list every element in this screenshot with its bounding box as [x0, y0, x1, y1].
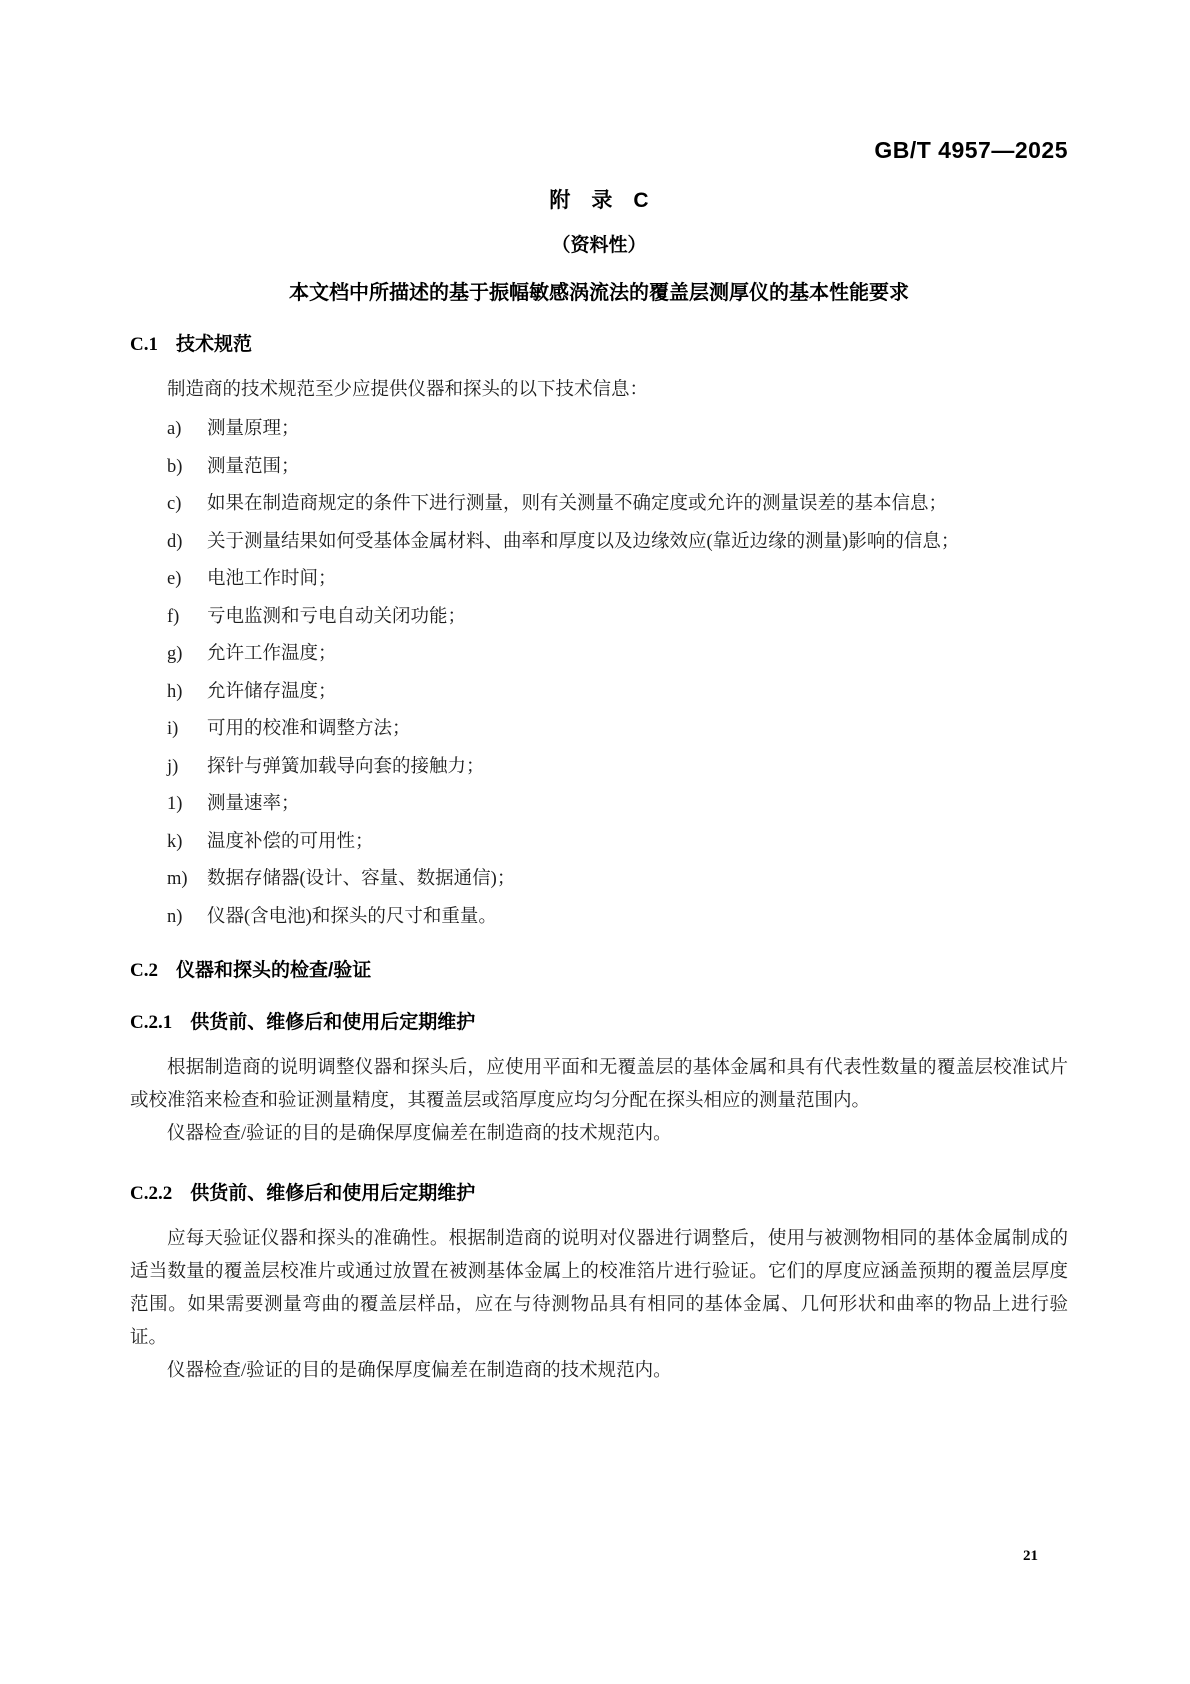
c1-spec-list: a)测量原理； b)测量范围； c)如果在制造商规定的条件下进行测量，则有关测量…	[130, 411, 1068, 936]
appendix-title: 本文档中所描述的基于振幅敏感涡流法的覆盖层测厚仪的基本性能要求	[130, 280, 1068, 306]
list-item-e: e)电池工作时间；	[167, 561, 1068, 599]
list-item-label: n)	[167, 899, 207, 937]
list-item-label: a)	[167, 411, 207, 449]
section-c1-number: C.1	[130, 332, 158, 358]
section-c1-heading: C.1 技术规范	[130, 332, 1068, 358]
list-item-text: 温度补偿的可用性；	[207, 824, 1068, 862]
list-item-text: 允许工作温度；	[207, 636, 1068, 674]
list-item-text: 数据存储器(设计、容量、数据通信)；	[207, 861, 1068, 899]
list-item-n: n)仪器(含电池)和探头的尺寸和重量。	[167, 899, 1068, 937]
section-c22-title: 供货前、维修后和使用后定期维护	[190, 1181, 475, 1207]
list-item-c: c)如果在制造商规定的条件下进行测量，则有关测量不确定度或允许的测量误差的基本信…	[167, 486, 1068, 524]
list-item-text: 电池工作时间；	[207, 561, 1068, 599]
list-item-l: 1)测量速率；	[167, 786, 1068, 824]
list-item-b: b)测量范围；	[167, 449, 1068, 487]
document-page: GB/T 4957—2025 附 录 C （资料性） 本文档中所描述的基于振幅敏…	[0, 0, 1190, 1684]
appendix-type: （资料性）	[130, 234, 1068, 258]
list-item-text: 测量速率；	[207, 786, 1068, 824]
list-item-label: j)	[167, 749, 207, 787]
doc-number: GB/T 4957—2025	[130, 138, 1068, 162]
list-item-h: h)允许储存温度；	[167, 674, 1068, 712]
list-item-f: f)亏电监测和亏电自动关闭功能；	[167, 599, 1068, 637]
list-item-text: 如果在制造商规定的条件下进行测量，则有关测量不确定度或允许的测量误差的基本信息；	[207, 486, 1068, 524]
list-item-label: i)	[167, 711, 207, 749]
list-item-label: f)	[167, 599, 207, 637]
section-c2-title: 仪器和探头的检查/验证	[176, 958, 371, 984]
list-item-text: 关于测量结果如何受基体金属材料、曲率和厚度以及边缘效应(靠近边缘的测量)影响的信…	[207, 524, 1068, 562]
list-item-d: d)关于测量结果如何受基体金属材料、曲率和厚度以及边缘效应(靠近边缘的测量)影响…	[167, 524, 1068, 562]
list-item-label: k)	[167, 824, 207, 862]
list-item-k: k)温度补偿的可用性；	[167, 824, 1068, 862]
list-item-label: 1)	[167, 786, 207, 824]
c22-paragraph-2: 仪器检查/验证的目的是确保厚度偏差在制造商的技术规范内。	[130, 1355, 1068, 1388]
c21-paragraph-2: 仪器检查/验证的目的是确保厚度偏差在制造商的技术规范内。	[130, 1118, 1068, 1151]
section-c2-heading: C.2 仪器和探头的检查/验证	[130, 958, 1068, 984]
c21-paragraph-1: 根据制造商的说明调整仪器和探头后，应使用平面和无覆盖层的基体金属和具有代表性数量…	[130, 1052, 1068, 1118]
list-item-label: h)	[167, 674, 207, 712]
c22-paragraph-1: 应每天验证仪器和探头的准确性。根据制造商的说明对仪器进行调整后，使用与被测物相同…	[130, 1223, 1068, 1355]
section-c21-heading: C.2.1 供货前、维修后和使用后定期维护	[130, 1010, 1068, 1036]
section-c2-number: C.2	[130, 958, 158, 984]
list-item-text: 允许储存温度；	[207, 674, 1068, 712]
page-number: 21	[1023, 1548, 1038, 1565]
list-item-i: i)可用的校准和调整方法；	[167, 711, 1068, 749]
section-c1-title: 技术规范	[176, 332, 252, 358]
list-item-text: 探针与弹簧加载导向套的接触力；	[207, 749, 1068, 787]
list-item-text: 测量范围；	[207, 449, 1068, 487]
list-item-label: g)	[167, 636, 207, 674]
list-item-label: c)	[167, 486, 207, 524]
section-c22-heading: C.2.2 供货前、维修后和使用后定期维护	[130, 1181, 1068, 1207]
section-c21-title: 供货前、维修后和使用后定期维护	[190, 1010, 475, 1036]
appendix-label: 附 录 C	[130, 188, 1068, 214]
list-item-label: b)	[167, 449, 207, 487]
list-item-text: 仪器(含电池)和探头的尺寸和重量。	[207, 899, 1068, 937]
list-item-label: e)	[167, 561, 207, 599]
list-item-a: a)测量原理；	[167, 411, 1068, 449]
section-c21-number: C.2.1	[130, 1010, 172, 1036]
list-item-text: 亏电监测和亏电自动关闭功能；	[207, 599, 1068, 637]
list-item-text: 可用的校准和调整方法；	[207, 711, 1068, 749]
list-item-j: j)探针与弹簧加载导向套的接触力；	[167, 749, 1068, 787]
list-item-g: g)允许工作温度；	[167, 636, 1068, 674]
section-c22-number: C.2.2	[130, 1181, 172, 1207]
list-item-label: d)	[167, 524, 207, 562]
list-item-text: 测量原理；	[207, 411, 1068, 449]
list-item-label: m)	[167, 861, 207, 899]
c1-intro-paragraph: 制造商的技术规范至少应提供仪器和探头的以下技术信息：	[130, 374, 1068, 407]
list-item-m: m)数据存储器(设计、容量、数据通信)；	[167, 861, 1068, 899]
